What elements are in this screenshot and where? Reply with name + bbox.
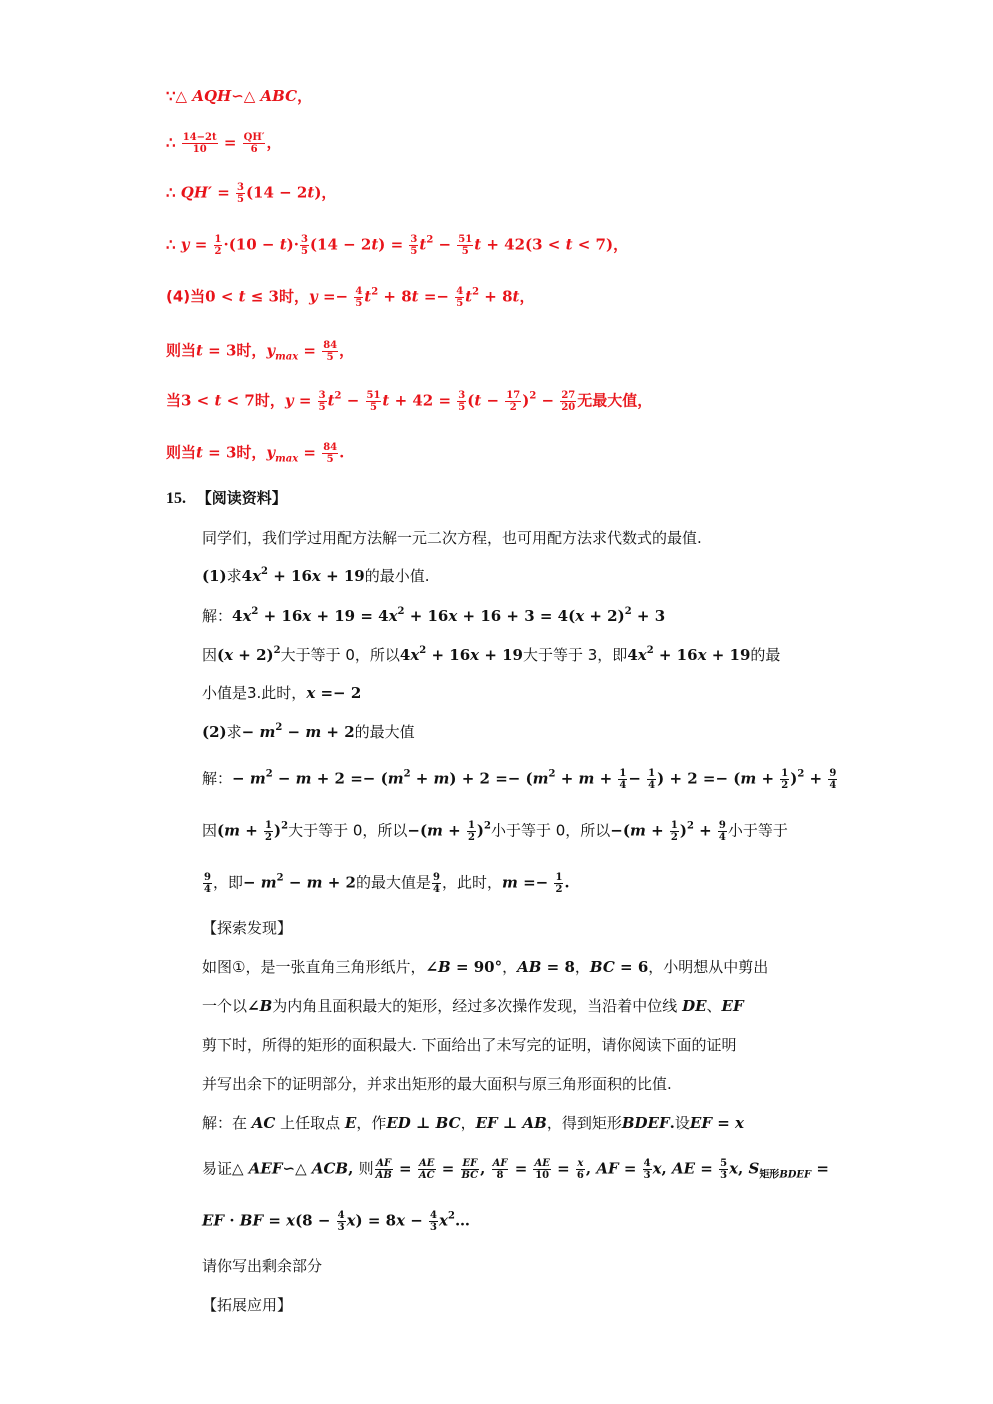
intro-text: 同学们，我们学过用配方法解一元二次方程，也可用配方法求代数式的最值. (202, 528, 702, 548)
explore-paragraph-1: 如图①，是一张直角三角形纸片，∠B = 90°，AB = 8，BC = 6，小明… (202, 957, 768, 977)
part1-reason-b: 小值是3.此时，x =− 2 (202, 683, 361, 703)
solution-line-3: ∴ QH′ = 35(14 − 2t)， (166, 182, 336, 205)
explore-paragraph-3: 剪下时，所得的矩形的面积最大. 下面给出了未写完的证明，请你阅读下面的证明 (202, 1035, 737, 1055)
heading-explore: 【探索发现】 (202, 918, 292, 938)
solution-line-1: ∵△ AQH∽△ ABC， (166, 86, 312, 106)
explore-prompt: 请你写出剩余部分 (202, 1256, 322, 1276)
solution-line-7: 当3 < t < 7时，y = 35t2 − 515t + 42 = 35(t … (166, 390, 652, 413)
explore-solution-2: 易证△ AEF∽△ ACB, 则AFAB = AEAC = EFBC, AF8 … (202, 1158, 829, 1181)
question-15-header: 15. 【阅读资料】 (166, 488, 287, 509)
solution-line-6: 则当t = 3时，ymax = 845， (166, 340, 354, 363)
fraction: QH′6 (243, 132, 266, 155)
part2-reason-b: 94，即− m2 − m + 2的最大值是94，此时，m =− 12. (202, 872, 570, 895)
solution-line-5: (4)当0 < t ≤ 3时，y =− 45t2 + 8t =− 45t2 + … (166, 286, 534, 309)
part2-title: (2)求− m2 − m + 2的最大值 (202, 722, 415, 742)
explore-paragraph-4: 并写出余下的证明部分，并求出矩形的最大面积与原三角形面积的比值. (202, 1074, 672, 1094)
solution-line-2: ∴ 14−2t10 = QH′6， (166, 132, 281, 155)
heading-extend: 【拓展应用】 (202, 1295, 292, 1315)
explore-paragraph-2: 一个以∠B为内角且面积最大的矩形，经过多次操作发现，当沿着中位线 DE、EF (202, 996, 744, 1016)
explore-solution-1: 解：在 AC 上任取点 E，作ED ⊥ BC，EF ⊥ AB，得到矩形BDEF.… (202, 1113, 744, 1133)
part1-solution: 解：4x2 + 16x + 19 = 4x2 + 16x + 16 + 3 = … (202, 606, 665, 626)
heading-reading: 【阅读资料】 (197, 489, 287, 507)
part2-reason-a: 因(m + 12)2大于等于 0，所以−(m + 12)2小于等于 0，所以−(… (202, 820, 788, 843)
explore-solution-3: EF · BF = x(8 − 43x) = 8x − 43x2… (202, 1210, 470, 1233)
solution-line-4: ∴ y = 12·(10 − t)·35(14 − 2t) = 35t2 − 5… (166, 234, 628, 257)
part1-title: (1)求4x2 + 16x + 19的最小值. (202, 566, 430, 586)
part1-reason-a: 因(x + 2)2大于等于 0，所以4x2 + 16x + 19大于等于 3，即… (202, 645, 780, 665)
fraction: 14−2t10 (182, 132, 218, 155)
part2-solution: 解：− m2 − m + 2 =− (m2 + m) + 2 =− (m2 + … (202, 768, 838, 791)
solution-line-8: 则当t = 3时，ymax = 845. (166, 442, 344, 465)
question-number: 15. (166, 490, 186, 507)
